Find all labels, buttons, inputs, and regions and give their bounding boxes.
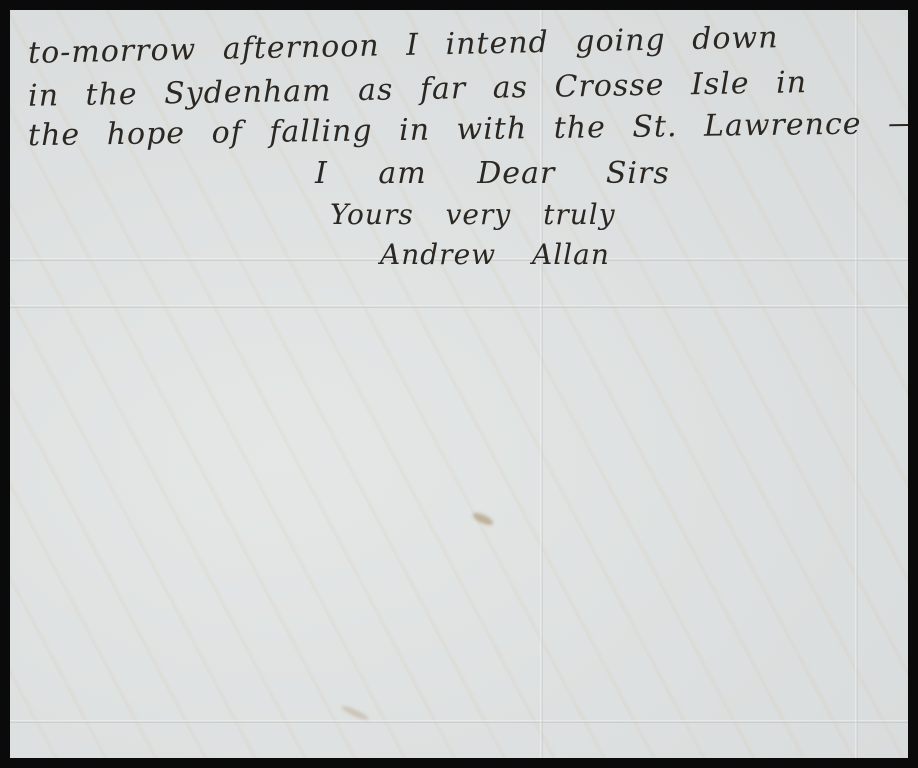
horizontal-fold-line <box>10 305 908 308</box>
closing-valediction: Yours very truly <box>330 198 616 231</box>
letter-line-2: in the Sydenham as far as Crosse Isle in <box>28 65 808 114</box>
letter-page: to-morrow afternoon I intend going down … <box>10 10 908 758</box>
ink-stain <box>471 511 494 528</box>
closing-salutation: I am Dear Sirs <box>315 156 670 191</box>
letter-line-3: the hope of falling in with the St. Lawr… <box>28 106 908 153</box>
ink-stain <box>340 704 370 722</box>
letter-line-1: to-morrow afternoon I intend going down <box>28 20 779 71</box>
horizontal-fold-line <box>10 720 908 723</box>
signature: Andrew Allan <box>380 238 610 271</box>
